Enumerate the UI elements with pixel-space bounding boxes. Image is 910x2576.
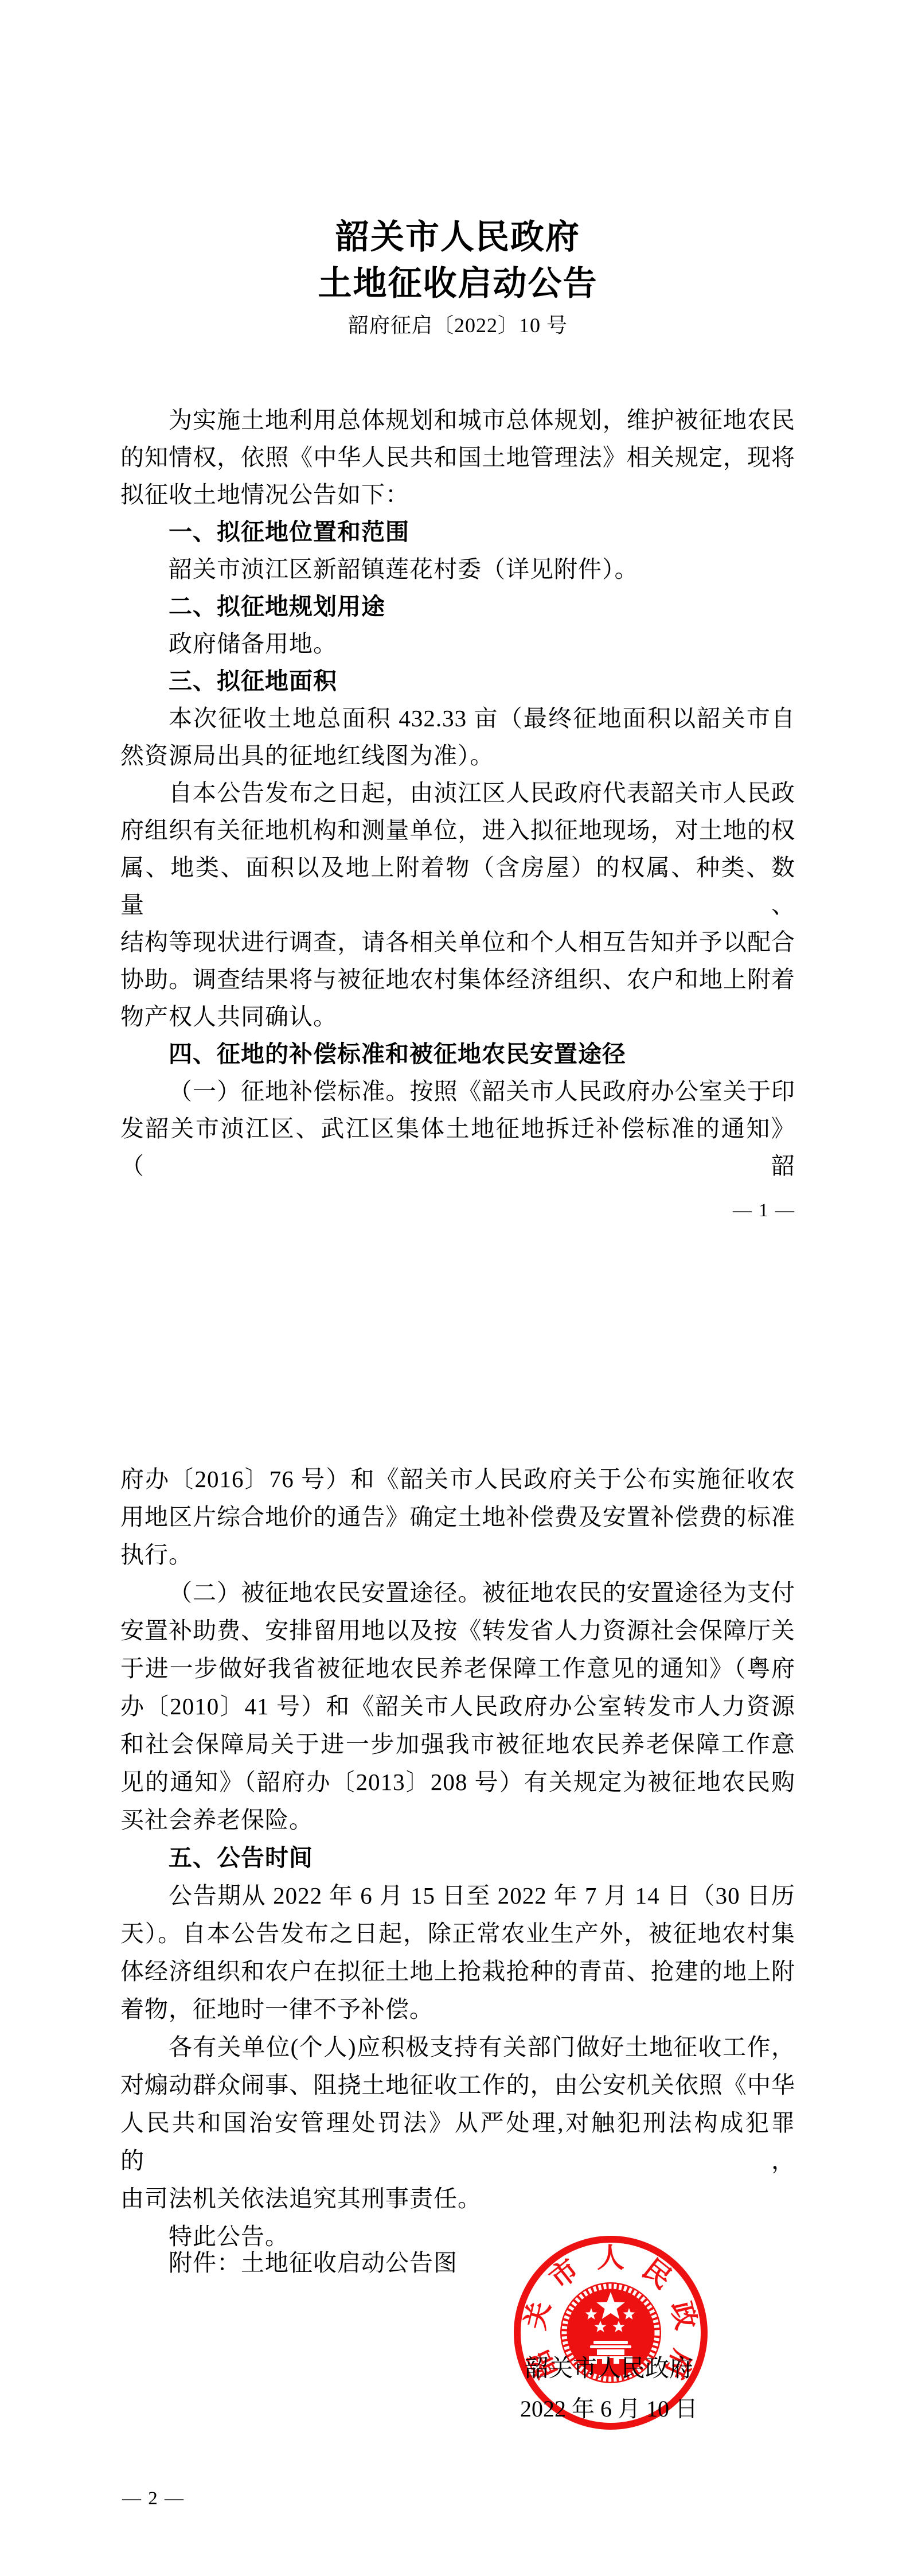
document-header: 韶关市人民政府 土地征收启动公告 韶府征启〔2022〕10 号 (120, 214, 795, 337)
body-line: 属、地类、面积以及地上附着物（含房屋）的权属、种类、数量、 (120, 849, 795, 924)
body-line: 人民共和国治安管理处罚法》从严处理,对触犯刑法构成犯罪的， (120, 2104, 795, 2180)
body-line: 然资源局出具的征地红线图为准）。 (120, 737, 795, 775)
body-line: 为实施土地利用总体规划和城市总体规划，维护被征地农民 (120, 402, 795, 439)
section-heading-4: 四、征地的补偿标准和被征地农民安置途径 (120, 1036, 795, 1073)
section-heading-2: 二、拟征地规划用途 (120, 588, 795, 625)
body-line: 协助。调查结果将与被征地农村集体经济组织、农户和地上附着 (120, 961, 795, 998)
body-line: （一）征地补偿标准。按照《韶关市人民政府办公室关于印 (120, 1073, 795, 1110)
body-line: 办〔2010〕41 号）和《韶关市人民政府办公室转发市人力资源 (120, 1687, 795, 1725)
body-line: 政府储备用地。 (120, 625, 795, 663)
doc-title-line-2: 土地征收启动公告 (120, 260, 795, 307)
body-line: 体经济组织和农户在拟征土地上抢栽抢种的青苗、抢建的地上附 (120, 1952, 795, 1990)
body-line: 结构等现状进行调查，请各相关单位和个人相互告知并予以配合 (120, 924, 795, 961)
body-line: 买社会养老保险。 (120, 1801, 795, 1839)
body-line: 执行。 (120, 1536, 795, 1574)
section-heading-1: 一、拟征地位置和范围 (120, 513, 795, 551)
body-line: 自本公告发布之日起，由浈江区人民政府代表韶关市人民政 (120, 775, 795, 812)
announcement-document: 韶关市人民政府 土地征收启动公告 韶府征启〔2022〕10 号 为实施土地利用总… (0, 0, 910, 2576)
body-line: 府办〔2016〕76 号）和《韶关市人民政府关于公布实施征收农 (120, 1460, 795, 1498)
body-line: 天）。自本公告发布之日起，除正常农业生产外，被征地农村集 (120, 1915, 795, 1952)
body-line: 和社会保障局关于进一步加强我市被征地农民养老保障工作意 (120, 1725, 795, 1763)
page1-body: 为实施土地利用总体规划和城市总体规划，维护被征地农民 的知情权，依照《中华人民共… (120, 402, 795, 1185)
seal-arc-char: 人 (597, 2243, 624, 2274)
seal-arc-char: 关 (520, 2299, 556, 2333)
body-line: 公告期从 2022 年 6 月 15 日至 2022 年 7 月 14 日（30… (120, 1877, 795, 1915)
body-line: 本次征收土地总面积 432.33 亩（最终征地面积以韶关市自 (120, 700, 795, 737)
body-line: 的知情权，依照《中华人民共和国土地管理法》相关规定，现将 (120, 439, 795, 476)
seal-arc-char: 政 (665, 2299, 701, 2333)
national-emblem-icon (560, 2282, 661, 2383)
body-line: 韶关市浈江区新韶镇莲花村委（详见附件）。 (120, 551, 795, 588)
body-line: 府组织有关征地机构和测量单位，进入拟征地现场，对土地的权 (120, 812, 795, 849)
body-line: 拟征收土地情况公告如下： (120, 476, 795, 513)
page-number-1: — 1 — (120, 1201, 795, 1220)
body-line: 见的通知》（韶府办〔2013〕208 号）有关规定为被征地农民购 (120, 1763, 795, 1801)
page2-body: 府办〔2016〕76 号）和《韶关市人民政府关于公布实施征收农 用地区片综合地价… (120, 1460, 795, 2255)
body-line: （二）被征地农民安置途径。被征地农民的安置途径为支付 (120, 1574, 795, 1612)
body-line: 安置补助费、安排留用地以及按《转发省人力资源社会保障厅关 (120, 1612, 795, 1649)
body-line: 各有关单位(个人)应积极支持有关部门做好土地征收工作， (120, 2028, 795, 2066)
body-line: 由司法机关依法追究其刑事责任。 (120, 2180, 795, 2217)
body-line: 着物，征地时一律不予补偿。 (120, 1990, 795, 2028)
body-line: 物产权人共同确认。 (120, 998, 795, 1036)
section-heading-3: 三、拟征地面积 (120, 663, 795, 700)
page-number-2: — 2 — (122, 2489, 185, 2508)
body-line: 发韶关市浈江区、武江区集体土地征地拆迁补偿标准的通知》（韶 (120, 1110, 795, 1185)
body-line: 用地区片综合地价的通告》确定土地补偿费及安置补偿费的标准 (120, 1498, 795, 1536)
body-line: 对煽动群众闹事、阻挠土地征收工作的，由公安机关依照《中华 (120, 2066, 795, 2104)
doc-title-line-1: 韶关市人民政府 (120, 214, 795, 260)
doc-number: 韶府征启〔2022〕10 号 (120, 314, 795, 337)
section-heading-5: 五、公告时间 (120, 1839, 795, 1877)
body-line: 于进一步做好我省被征地农民养老保障工作意见的通知》（粤府 (120, 1649, 795, 1687)
official-seal: 韶关市人民政府 (513, 2235, 708, 2433)
